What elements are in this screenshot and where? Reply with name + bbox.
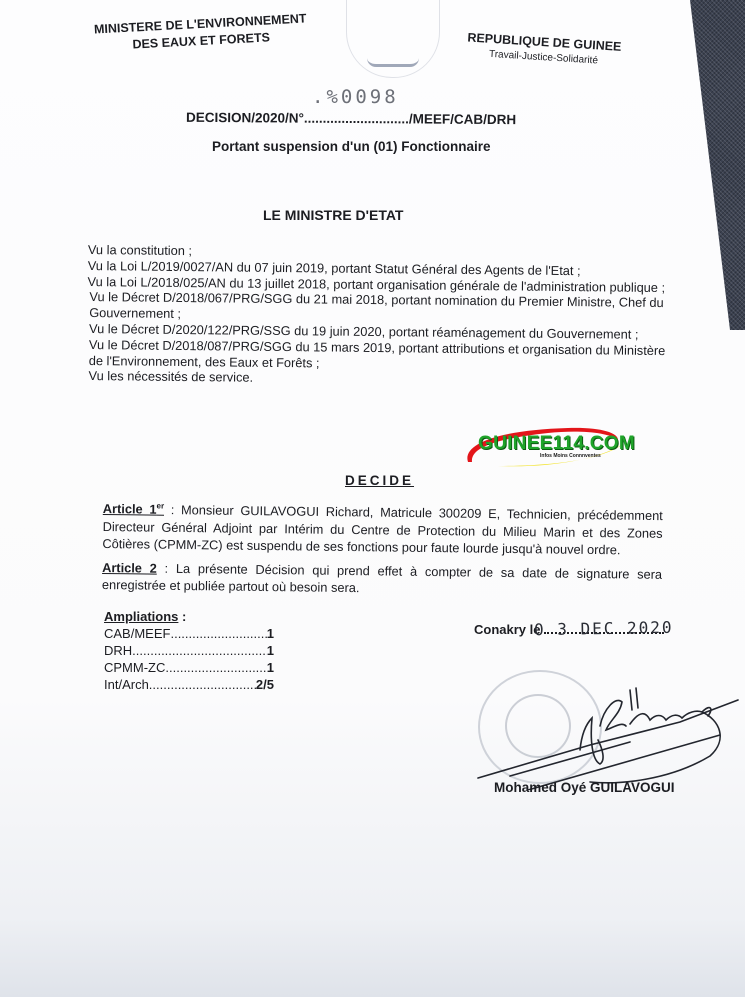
decision-reference: DECISION/2020/N°........................…	[186, 110, 516, 127]
ampliation-row: DRH1	[104, 642, 274, 659]
ampliation-row: Int/Arch2/5	[104, 676, 274, 693]
decision-number-stamp: .%0098	[312, 86, 399, 108]
article-label: Article 2	[102, 560, 157, 576]
ampliations: Ampliations : CAB/MEEF1 DRH1 CPMM-ZC1 In…	[104, 608, 274, 693]
coat-of-arms-icon	[346, 0, 440, 78]
watermark-brand: GUINEE114.COM	[478, 433, 635, 455]
ampliations-title: Ampliations :	[104, 608, 274, 625]
document-page: MINISTERE DE L'ENVIRONNEMENT DES EAUX ET…	[0, 0, 745, 997]
ampliation-row: CPMM-ZC1	[104, 659, 274, 676]
ministry-header: MINISTERE DE L'ENVIRONNEMENT DES EAUX ET…	[85, 10, 316, 56]
authority-title: LE MINISTRE D'ETAT	[263, 207, 403, 223]
watermark-tagline: Infos Moins Connnventes	[540, 453, 601, 459]
article-2: Article 2 : La présente Décision qui pre…	[102, 559, 662, 601]
article-text: : La présente Décision qui prend effet à…	[102, 560, 662, 595]
article-1: Article 1er : Monsieur GUILAVOGUI Richar…	[102, 497, 663, 560]
article-label: Article 1er	[103, 501, 164, 517]
article-text: : Monsieur GUILAVOGUI Richard, Matricule…	[102, 502, 663, 558]
articles: Article 1er : Monsieur GUILAVOGUI Richar…	[102, 497, 663, 607]
country-header: REPUBLIQUE DE GUINEE Travail-Justice-Sol…	[458, 30, 629, 68]
date-stamp: 0 3 DEC 2020	[534, 618, 674, 639]
watermark-logo: GUINEE114.COM Infos Moins Connnventes	[458, 422, 628, 470]
signature-icon	[470, 660, 745, 790]
visas-list: Vu la constitution ; Vu la Loi L/2019/00…	[87, 242, 678, 390]
decide-heading: DECIDE	[345, 473, 414, 488]
decision-subject: Portant suspension d'un (01) Fonctionnai…	[212, 139, 490, 154]
ampliation-row: CAB/MEEF1	[104, 625, 274, 642]
place-label: Conakry le	[474, 622, 540, 637]
signer-name: Mohamed Oyé GUILAVOGUI	[494, 780, 675, 795]
